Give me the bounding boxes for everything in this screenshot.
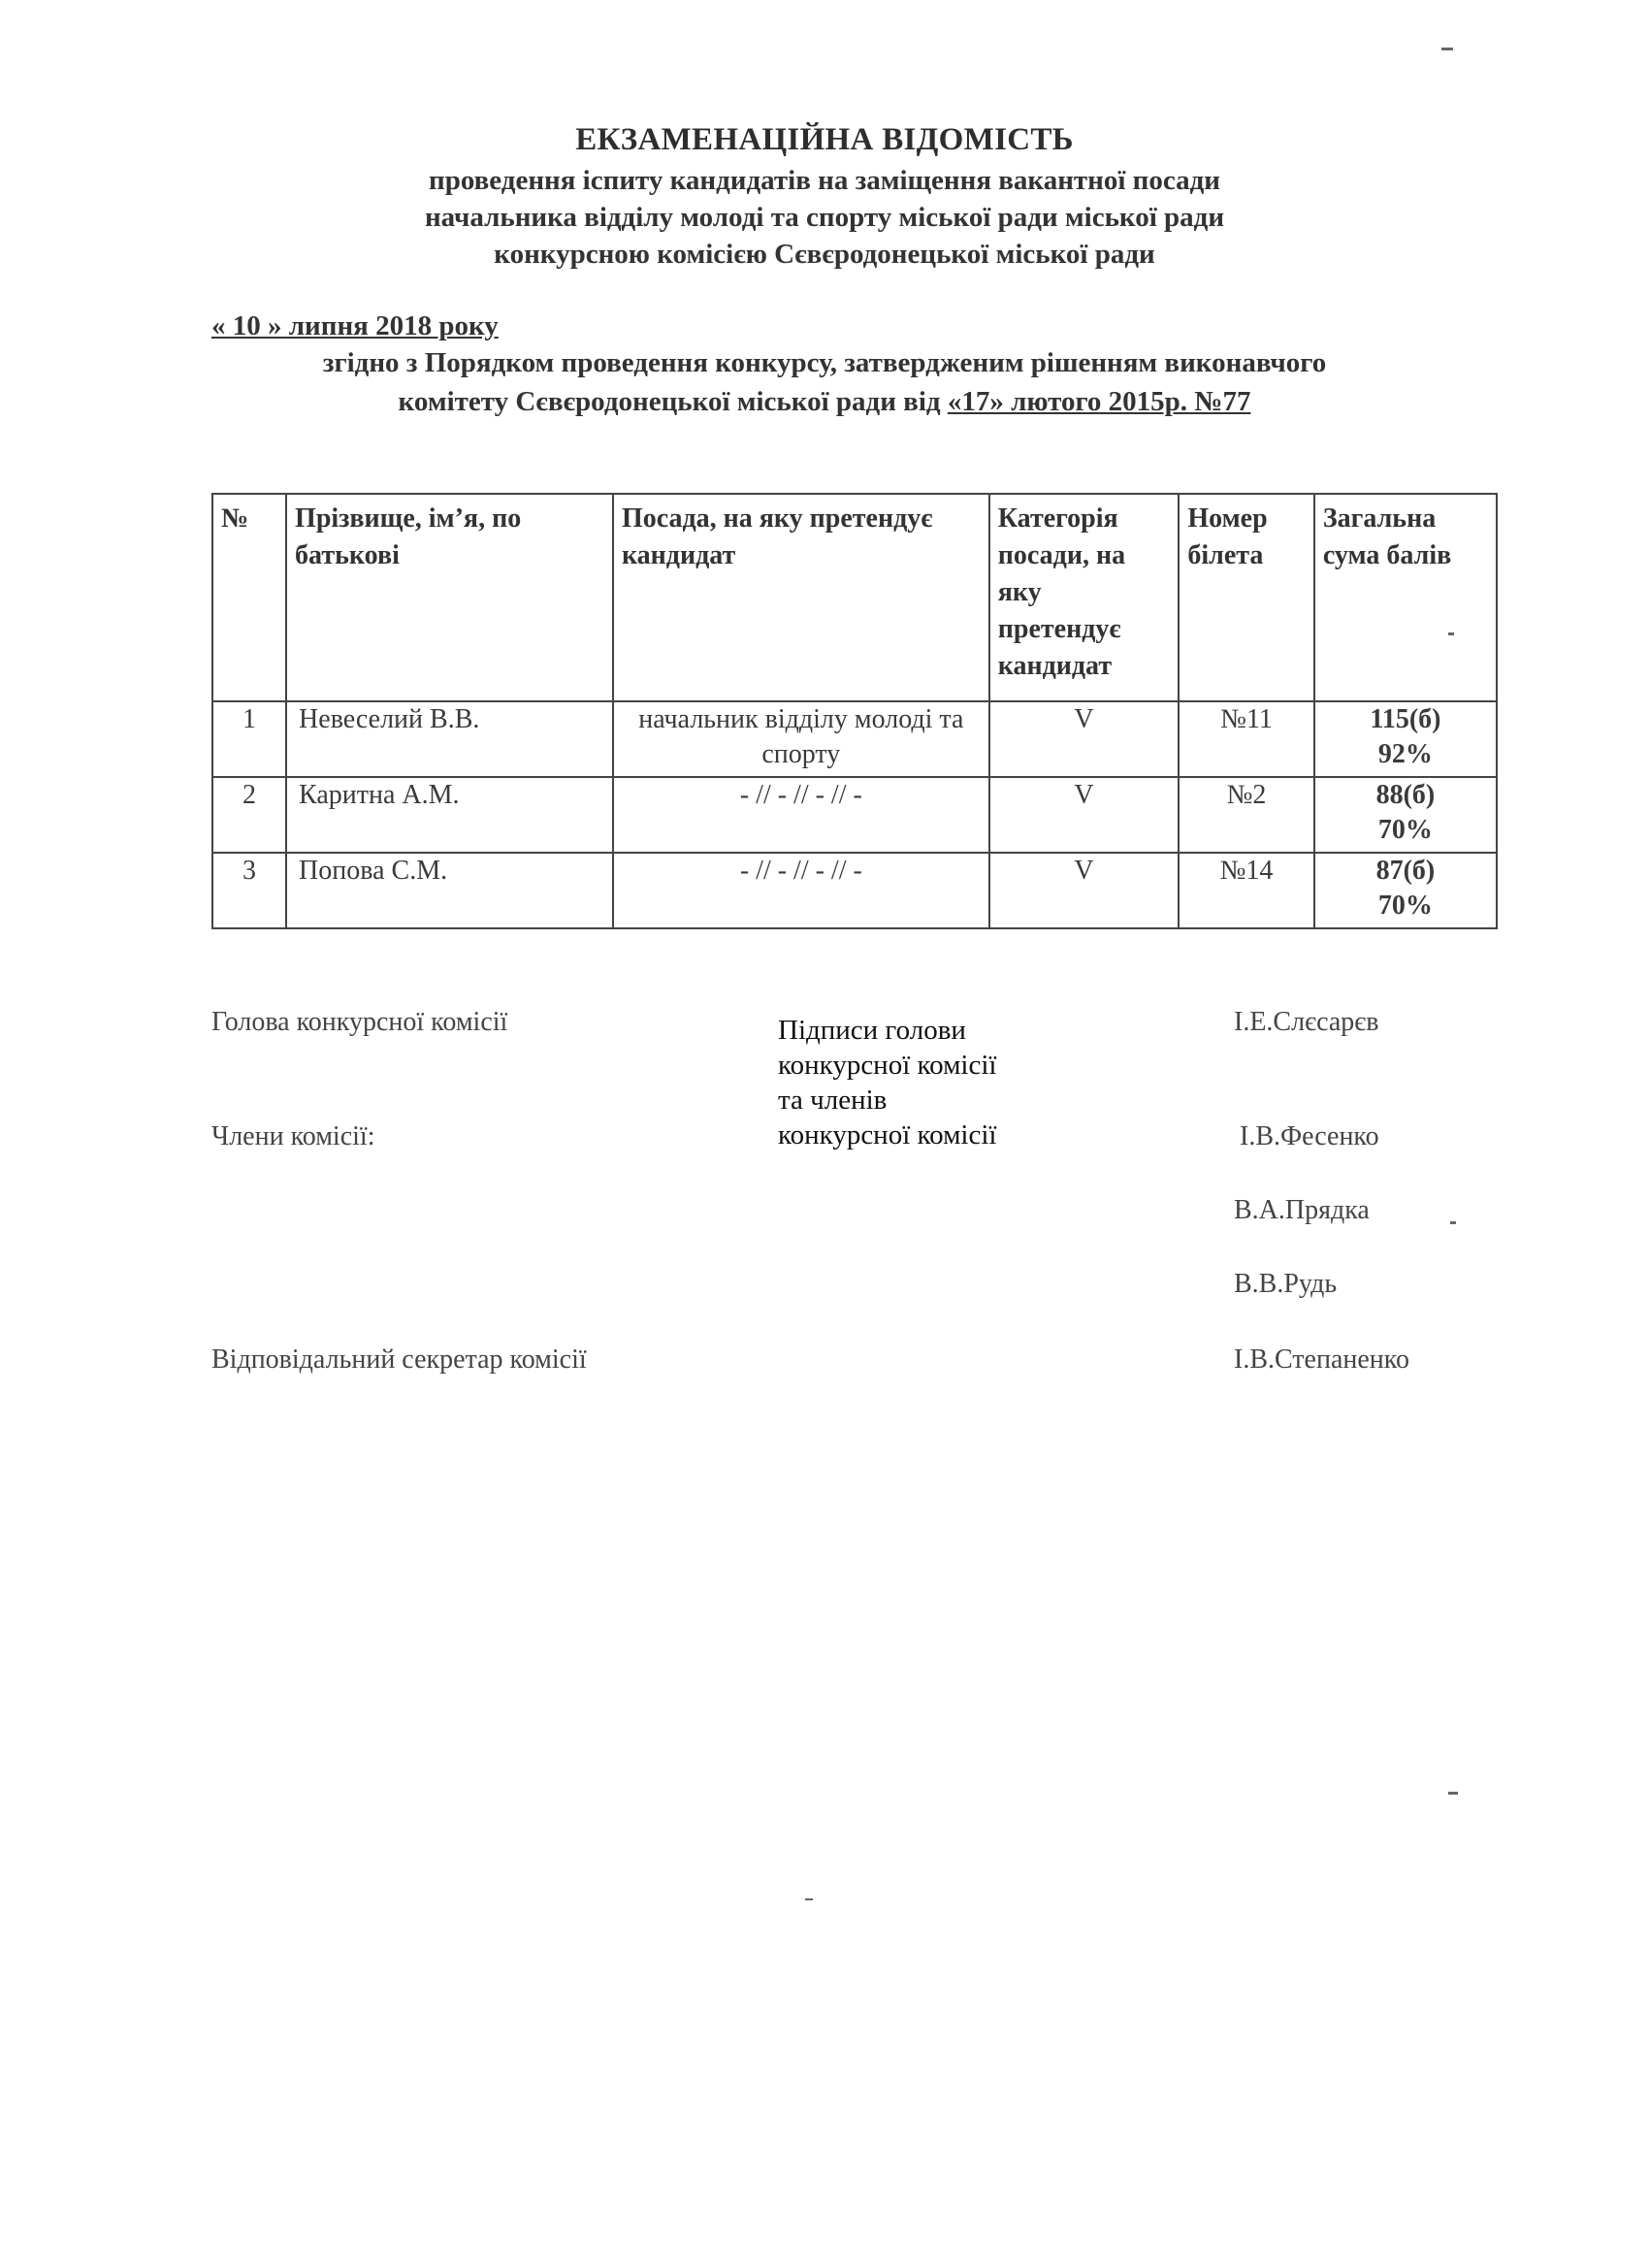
note-line: Підписи голови (778, 1013, 996, 1048)
score-percent: 70% (1315, 889, 1496, 923)
col-total-score: Загальна сума балів (1314, 494, 1497, 701)
col-number: № (212, 494, 286, 701)
redacted-signatures-note: Підписи голови конкурсної комісії та чле… (778, 1013, 996, 1152)
basis-prefix: комітету Сєвєродонецької міської ради ві… (399, 386, 948, 417)
subtitle-line-3: конкурсною комісією Сєвєродонецької місь… (0, 239, 1649, 271)
ticket-number: №2 (1179, 777, 1314, 853)
ticket-number: №14 (1179, 853, 1314, 928)
score-points: 87(б) (1315, 854, 1496, 889)
member-name: В.В.Рудь (1234, 1269, 1337, 1300)
row-number: 2 (212, 777, 286, 853)
candidate-name: Невеселий В.В. (286, 701, 613, 777)
chair-label: Голова конкурсної комісії (211, 1007, 507, 1038)
basis-line-1: згідно з Порядком проведення конкурсу, з… (107, 347, 1542, 379)
chair-name: І.Е.Слєсарєв (1234, 1007, 1379, 1038)
secretary-label: Відповідальний секретар комісії (211, 1345, 587, 1376)
subtitle-line-1: проведення іспиту кандидатів на заміщенн… (0, 165, 1649, 197)
total-score: 87(б)70% (1314, 853, 1497, 928)
candidate-name: Каритна А.М. (286, 777, 613, 853)
score-percent: 92% (1315, 737, 1496, 772)
basis-line-2: комітету Сєвєродонецької міської ради ві… (0, 386, 1649, 418)
col-position: Посада, на яку претендує кандидат (613, 494, 989, 701)
score-points: 115(б) (1315, 702, 1496, 737)
scan-speck (1448, 632, 1454, 635)
col-ticket: Номер білета (1179, 494, 1314, 701)
member-name: В.А.Прядка (1234, 1195, 1370, 1226)
note-line: та членів (778, 1083, 996, 1118)
table-row: 3 Попова С.М. - // - // - // - V №14 87(… (212, 853, 1497, 928)
position-category: V (989, 853, 1180, 928)
table-header-row: № Прізвище, ім’я, по батькові Посада, на… (212, 494, 1497, 701)
ticket-number: №11 (1179, 701, 1314, 777)
note-line: конкурсної комісії (778, 1048, 996, 1083)
position-category: V (989, 777, 1180, 853)
candidate-position: начальник відділу молоді та спорту (613, 701, 989, 777)
document-title: ЕКЗАМЕНАЦІЙНА ВІДОМІСТЬ (0, 122, 1649, 158)
members-label: Члени комісії: (211, 1121, 374, 1152)
score-points: 88(б) (1315, 778, 1496, 813)
candidate-name: Попова С.М. (286, 853, 613, 928)
table-row: 1 Невеселий В.В. начальник відділу молод… (212, 701, 1497, 777)
secretary-name: І.В.Степаненко (1234, 1345, 1409, 1376)
position-category: V (989, 701, 1180, 777)
scan-speck (1448, 1792, 1458, 1795)
scan-speck (1441, 48, 1453, 50)
basis-reference: «17» лютого 2015р. №77 (948, 386, 1251, 417)
candidate-position: - // - // - // - (613, 853, 989, 928)
exam-results-table: № Прізвище, ім’я, по батькові Посада, на… (211, 493, 1498, 929)
document-date: « 10 » липня 2018 року (211, 310, 499, 342)
subtitle-line-2: начальника відділу молоді та спорту місь… (0, 202, 1649, 234)
candidate-position: - // - // - // - (613, 777, 989, 853)
member-name: І.В.Фесенко (1240, 1121, 1379, 1152)
note-line: конкурсної комісії (778, 1118, 996, 1152)
col-category: Категорія посади, на яку претендує канди… (989, 494, 1180, 701)
total-score: 88(б)70% (1314, 777, 1497, 853)
score-percent: 70% (1315, 813, 1496, 848)
table-row: 2 Каритна А.М. - // - // - // - V №2 88(… (212, 777, 1497, 853)
scan-speck (805, 1898, 813, 1900)
col-name: Прізвище, ім’я, по батькові (286, 494, 613, 701)
total-score: 115(б)92% (1314, 701, 1497, 777)
row-number: 3 (212, 853, 286, 928)
row-number: 1 (212, 701, 286, 777)
scan-speck (1450, 1221, 1456, 1224)
